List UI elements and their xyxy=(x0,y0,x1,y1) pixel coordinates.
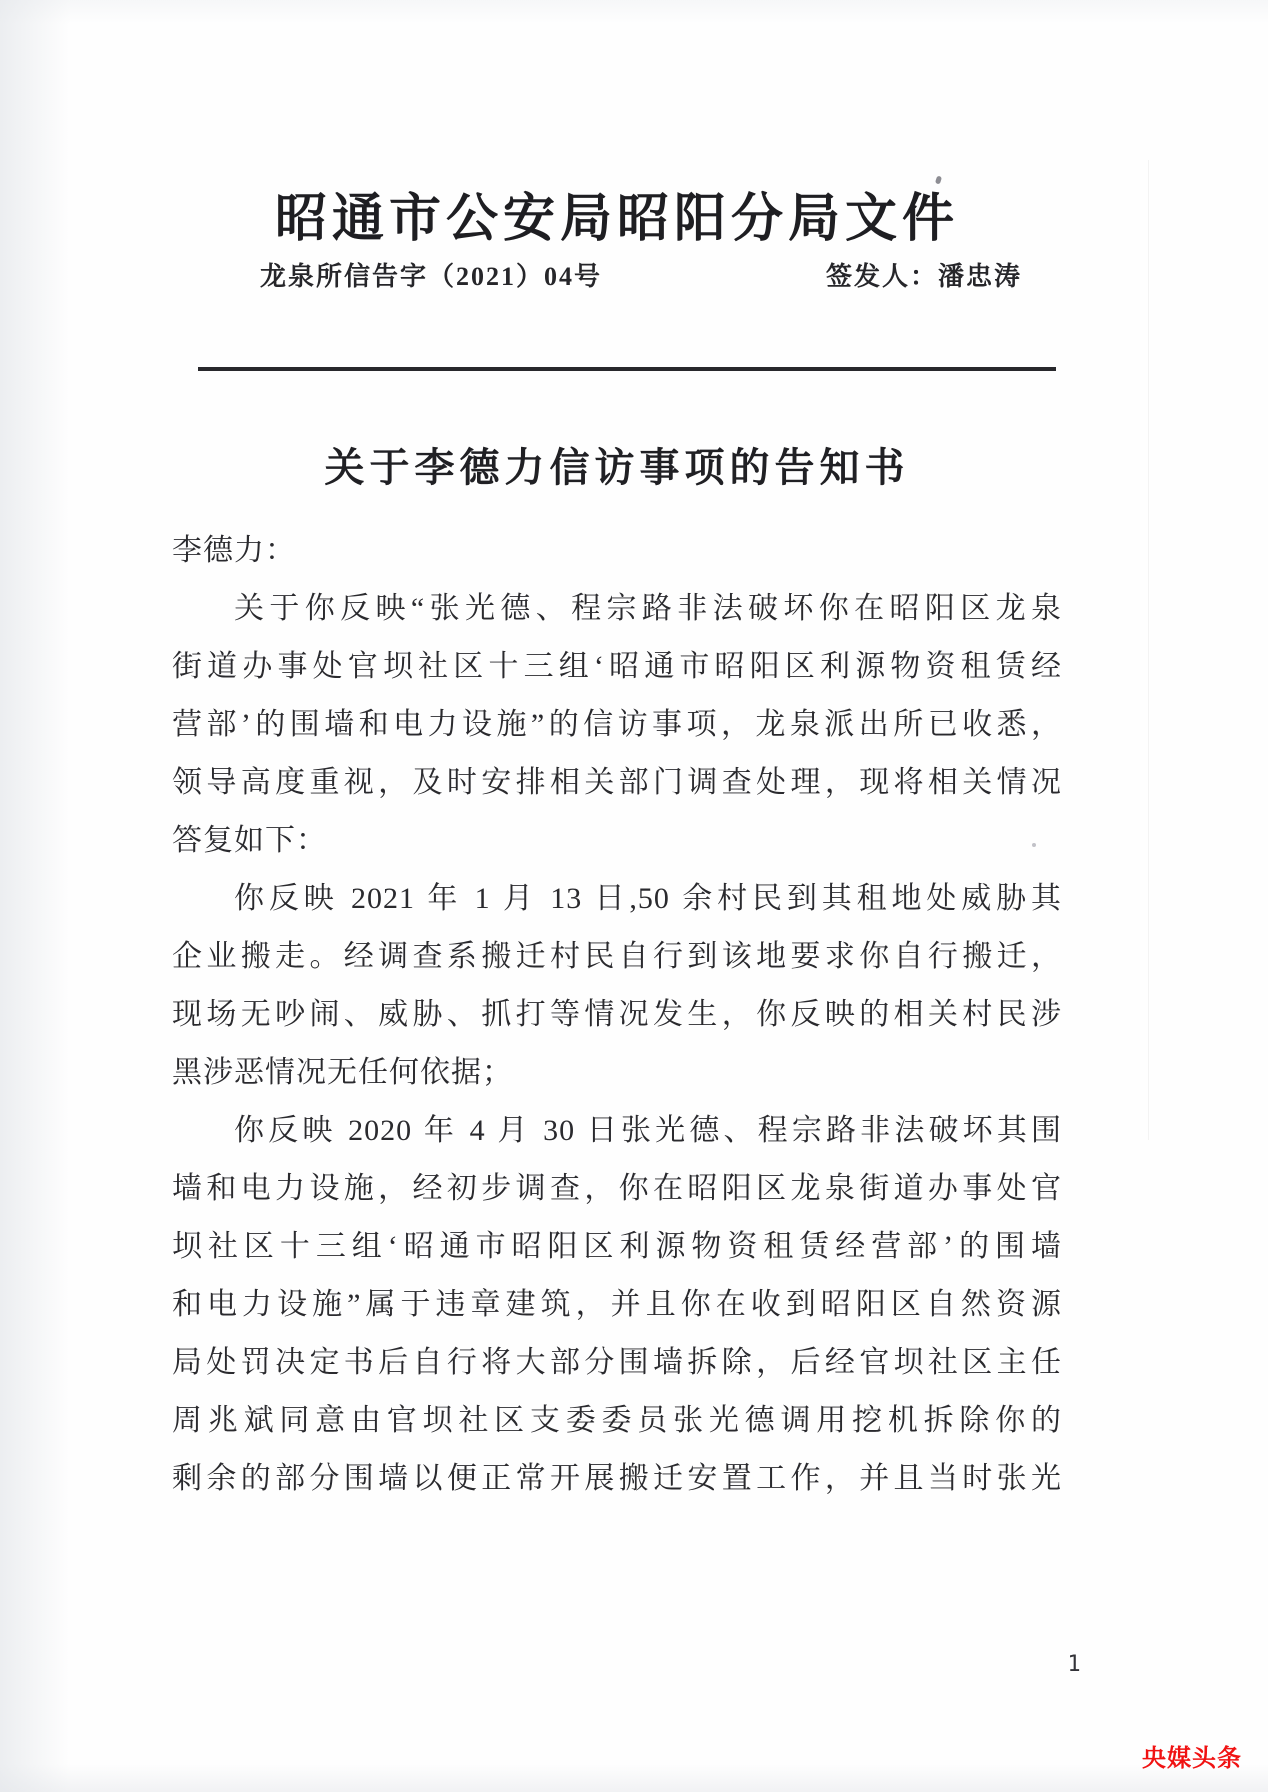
document-title: 关于李德力信访事项的告知书 xyxy=(172,436,1062,493)
document-reference-number: 龙泉所信告字（2021）04号 xyxy=(260,256,602,293)
header-separator-rule xyxy=(198,367,1056,371)
body-line: 现场无吵闹、威胁、抓打等情况发生，你反映的相关村民涉 xyxy=(172,986,1062,1044)
signer-name: 签发人：潘忠涛 xyxy=(826,256,1022,293)
body-line: 街道办事处官坝社区十三组‘昭通市昭阳区利源物资租赁经 xyxy=(172,638,1062,696)
body-line: 你反映 2020 年 4 月 30 日张光德、程宗路非法破坏其围 xyxy=(172,1102,1062,1160)
body-line: 领导高度重视，及时安排相关部门调查处理，现将相关情况 xyxy=(172,754,1062,812)
document-body: 李德力：关于你反映“张光德、程宗路非法破坏你在昭阳区龙泉街道办事处官坝社区十三组… xyxy=(172,522,1062,1508)
body-line: 你反映 2021 年 1 月 13 日,50 余村民到其租地处威胁其 xyxy=(172,870,1062,928)
body-line: 关于你反映“张光德、程宗路非法破坏你在昭阳区龙泉 xyxy=(172,580,1062,638)
body-line: 墙和电力设施，经初步调查，你在昭阳区龙泉街道办事处官 xyxy=(172,1160,1062,1218)
watermark-label: 央媒头条 xyxy=(1142,1738,1242,1773)
body-line: 周兆斌同意由官坝社区支委委员张光德调用挖机拆除你的 xyxy=(172,1392,1062,1450)
body-line: 局处罚决定书后自行将大部分围墙拆除，后经官坝社区主任 xyxy=(172,1334,1062,1392)
page-number: 1 xyxy=(1054,1652,1094,1677)
body-line: 李德力： xyxy=(172,522,1062,580)
body-line: 营部’的围墙和电力设施”的信访事项，龙泉派出所已收悉， xyxy=(172,696,1062,754)
body-line: 剩余的部分围墙以便正常开展搬迁安置工作，并且当时张光 xyxy=(172,1450,1062,1508)
body-line: 坝社区十三组‘昭通市昭阳区利源物资租赁经营部’的围墙 xyxy=(172,1218,1062,1276)
body-line: 黑涉恶情况无任何依据； xyxy=(172,1044,1062,1102)
body-line: 企业搬走。经调查系搬迁村民自行到该地要求你自行搬迁， xyxy=(172,928,1062,986)
scan-artifact-vertical-line xyxy=(1148,160,1149,1140)
body-line: 和电力设施”属于违章建筑，并且你在收到昭阳区自然资源 xyxy=(172,1276,1062,1334)
issuing-agency-header: 昭通市公安局昭阳分局文件 xyxy=(172,176,1062,251)
body-line: 答复如下： xyxy=(172,812,1062,870)
document-meta-row: 龙泉所信告字（2021）04号 签发人：潘忠涛 xyxy=(172,256,1062,293)
